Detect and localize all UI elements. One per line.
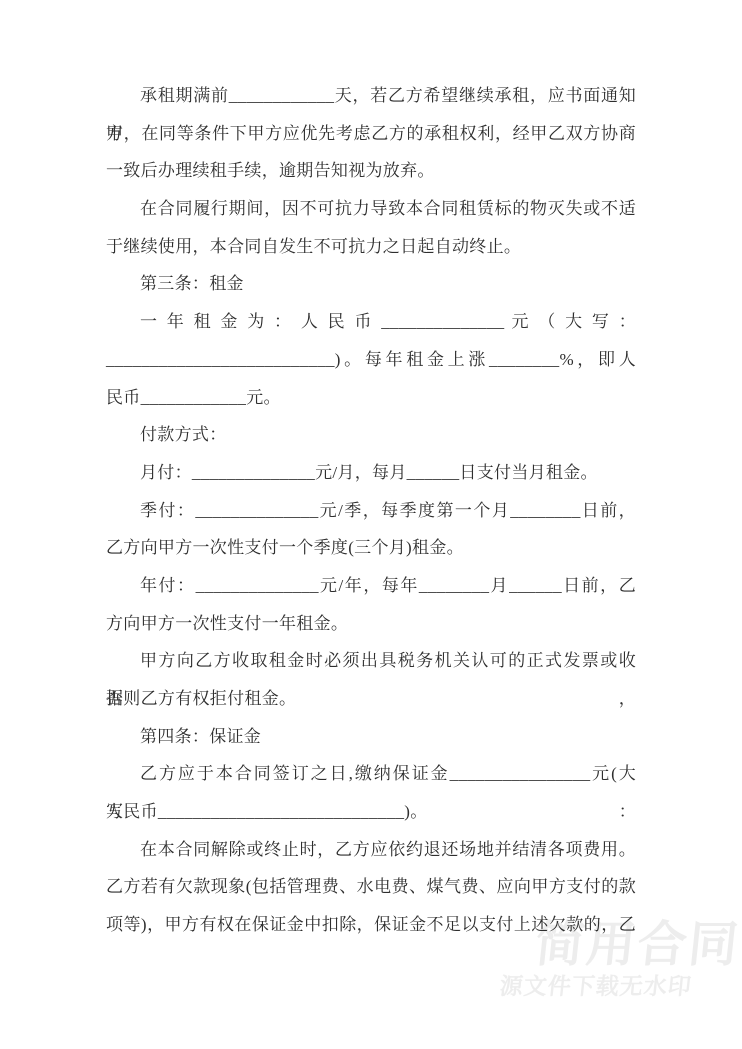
contract-document-page: 承租期满前____________天，若乙方希望继续承租，应书面通知甲方，在同等… (0, 0, 742, 1049)
document-line: 于继续使用，本合同自发生不可抗力之日起自动终止。 (106, 228, 636, 266)
document-line: 甲方向乙方收取租金时必须出具税务机关认可的正式发票或收据， (106, 642, 636, 680)
document-line: 项等)，甲方有权在保证金中扣除，保证金不足以支付上述欠款的，乙 (106, 906, 636, 944)
document-line: 一 年 租 金 为 ： 人 民 币 ______________ 元 （ 大 写… (106, 303, 636, 341)
document-line: 乙方应于本合同签订之日,缴纳保证金________________元(大写： (106, 755, 636, 793)
document-line: 方，在同等条件下甲方应优先考虑乙方的承租权利，经甲乙双方协商 (106, 115, 636, 153)
document-line: 乙方若有欠款现象(包括管理费、水电费、煤气费、应向甲方支付的款 (106, 868, 636, 906)
document-line: 付款方式： (106, 416, 636, 454)
document-line: 季付：______________元/季，每季度第一个月________日前， (106, 492, 636, 530)
document-line: 承租期满前____________天，若乙方希望继续承租，应书面通知甲 (106, 77, 636, 115)
document-line: 在合同履行期间，因不可抗力导致本合同租赁标的物灭失或不适 (106, 190, 636, 228)
document-body: 承租期满前____________天，若乙方希望继续承租，应书面通知甲方，在同等… (0, 0, 742, 944)
document-line: 年付：______________元/年，每年________月______日前… (106, 567, 636, 605)
watermark-tagline: 源文件下载无水印 (498, 968, 693, 1001)
document-line: 方向甲方一次性支付一年租金。 (106, 605, 636, 643)
document-line: 第四条：保证金 (106, 718, 636, 756)
document-line: 月付：______________元/月，每月______日支付当月租金。 (106, 454, 636, 492)
document-line: 民币____________元。 (106, 379, 636, 417)
document-line: 乙方向甲方一次性支付一个季度(三个月)租金。 (106, 529, 636, 567)
document-line: 在本合同解除或终止时，乙方应依约退还场地并结清各项费用。 (106, 831, 636, 869)
document-line: __________________________)。每年租金上涨______… (106, 341, 636, 379)
document-line: 一致后办理续租手续，逾期告知视为放弃。 (106, 152, 636, 190)
document-line: 第三条：租金 (106, 265, 636, 303)
